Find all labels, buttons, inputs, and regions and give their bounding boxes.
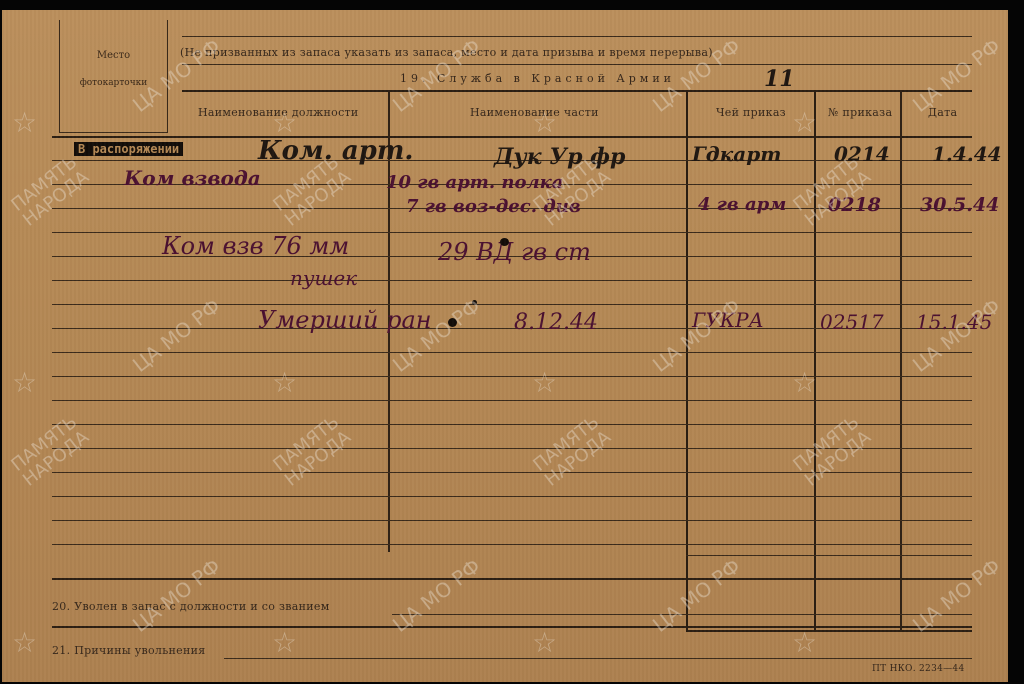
row4-date: 15.1.45 — [916, 310, 992, 334]
table-bottom-line — [52, 578, 972, 580]
row1-unit: Дук Ур фр — [494, 144, 625, 170]
header-order-no: № приказа — [828, 106, 892, 119]
rule — [52, 400, 972, 401]
star-icon: ☆ — [792, 366, 817, 399]
row1-order-by: Гдкарт — [692, 142, 781, 166]
star-icon: ☆ — [272, 106, 297, 139]
top-line — [182, 36, 972, 37]
reserve-note: (Не призванных из запаса указать из запа… — [180, 46, 713, 59]
star-icon: ☆ — [12, 626, 37, 659]
field-20-line — [392, 614, 972, 615]
rule — [52, 472, 972, 473]
rule — [52, 376, 972, 377]
watermark-archive: ЦА МО РФ — [388, 554, 485, 637]
star-icon: ☆ — [272, 626, 297, 659]
star-icon: ☆ — [12, 366, 37, 399]
stamp-reserve: В распоряжении — [74, 142, 183, 156]
star-icon: ☆ — [532, 106, 557, 139]
col-divider — [686, 92, 688, 632]
photo-label-2: фотокарточки — [60, 78, 167, 88]
photo-label-1: Место — [60, 50, 167, 61]
row4-order-by: ГУКРА — [692, 308, 764, 332]
section-19-number: 11 — [764, 66, 795, 92]
row4-order-no: 02517 — [820, 310, 884, 334]
rule — [52, 520, 972, 521]
row2-date: 30.5.44 — [920, 194, 999, 216]
row2-order-by: 4 гв арм — [698, 194, 786, 215]
watermark-memory: ПАМЯТЬНАРОДА — [8, 152, 92, 230]
row3-position: Ком взв 76 мм — [162, 232, 349, 260]
archive-card: Место фотокарточки (Не призванных из зап… — [2, 10, 1008, 682]
divider — [182, 64, 972, 65]
star-icon: ☆ — [792, 626, 817, 659]
star-icon: ☆ — [532, 366, 557, 399]
watermark-archive: ЦА МО РФ — [908, 294, 1005, 377]
row4-unit: 8.12.44 — [514, 310, 598, 335]
star-icon: ☆ — [532, 626, 557, 659]
star-icon: ☆ — [12, 106, 37, 139]
rule — [52, 424, 972, 425]
ink-blot — [448, 318, 457, 327]
divider — [52, 626, 972, 628]
section-19-label: 19. Служба в Красной Армии — [400, 72, 675, 85]
star-icon: ☆ — [272, 366, 297, 399]
row2-order-no: 0218 — [828, 194, 881, 216]
watermark-archive: ЦА МО РФ — [648, 294, 745, 377]
watermark-archive: ЦА МО РФ — [908, 34, 1005, 117]
ink-blot — [472, 300, 477, 305]
rule — [686, 555, 972, 556]
row2-position: Ком взвода — [124, 166, 261, 190]
field-20-label: 20. Уволен в запас с должности и со зван… — [52, 600, 330, 613]
col-divider — [814, 92, 816, 632]
rule — [52, 304, 972, 305]
ink-blot — [500, 238, 509, 246]
row1-date: 1.4.44 — [932, 142, 1002, 166]
header-date: Дата — [928, 106, 957, 119]
col-divider — [900, 92, 902, 632]
rule — [52, 352, 972, 353]
row3-unit: 29 ВД гв ст — [438, 238, 591, 266]
watermark-archive: ЦА МО РФ — [128, 554, 225, 637]
watermark-archive: ЦА МО РФ — [128, 294, 225, 377]
row2-unit: 10 гв арт. полка — [386, 172, 563, 193]
header-order-by: Чей приказ — [716, 106, 786, 119]
row1-order-no: 0214 — [834, 142, 890, 166]
table-top-line — [182, 90, 972, 92]
row2-unit-line2: 7 гв воз-дес. див — [406, 196, 581, 217]
rule — [686, 630, 972, 632]
rule — [52, 496, 972, 497]
photo-placeholder: Место фотокарточки — [59, 20, 168, 133]
watermark-archive: ЦА МО РФ — [648, 554, 745, 637]
row4-position: Умерший ран — [258, 306, 432, 334]
row3-position-line2: пушек — [290, 266, 357, 290]
rule — [52, 448, 972, 449]
field-21-line — [224, 658, 972, 659]
rule — [52, 544, 972, 545]
star-icon: ☆ — [792, 106, 817, 139]
form-code: ПТ НКО. 2234—44 — [872, 664, 964, 674]
field-21-label: 21. Причины увольнения — [52, 644, 205, 657]
rule — [52, 280, 972, 281]
header-bottom-line — [52, 136, 972, 138]
row1-position: Ком. арт. — [258, 136, 413, 166]
watermark-archive: ЦА МО РФ — [908, 554, 1005, 637]
